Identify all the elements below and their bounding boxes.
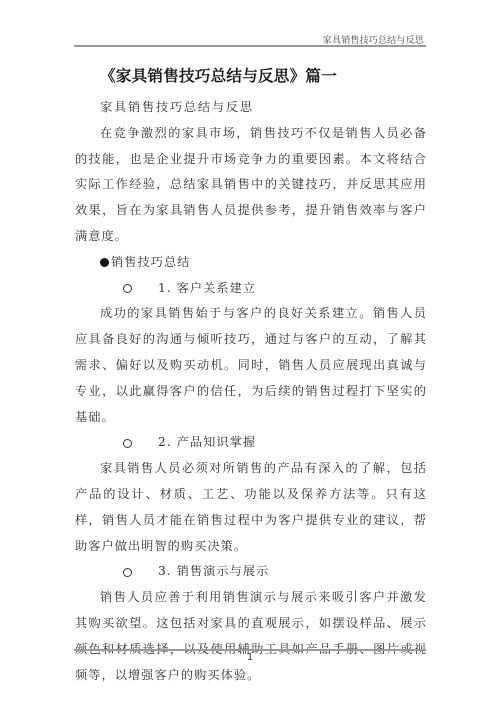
section-heading-1: 1. 客户关系建立 bbox=[75, 276, 427, 302]
document-title: 《家具销售技巧总结与反思》篇一 bbox=[100, 64, 337, 86]
section-paragraph-3: 销售人员应善于利用销售演示与展示来吸引客户并激发其购买欲望。这包括对家具的直观展… bbox=[75, 585, 427, 688]
header-divider bbox=[74, 45, 426, 47]
section-paragraph-1: 成功的家具销售始于与客户的良好关系建立。销售人员应具备良好的沟通与倾听技巧，通过… bbox=[75, 301, 427, 430]
bullet-heading-label: 销售技巧总结 bbox=[111, 255, 190, 269]
document-body: 家具销售技巧总结与反思 在竞争激烈的家具市场，销售技巧不仅是销售人员必备的技能，… bbox=[75, 95, 427, 688]
bullet-heading: 销售技巧总结 bbox=[75, 250, 427, 276]
intro-paragraph: 在竞争激烈的家具市场，销售技巧不仅是销售人员必备的技能，也是企业提升市场竞争力的… bbox=[75, 121, 427, 250]
section-heading-label: 1. 客户关系建立 bbox=[158, 276, 256, 302]
hollow-circle-icon bbox=[123, 284, 132, 293]
section-heading-label: 2. 产品知识掌握 bbox=[158, 430, 256, 456]
document-page: 家具销售技巧总结与反思 《家具销售技巧总结与反思》篇一 家具销售技巧总结与反思 … bbox=[0, 0, 500, 707]
document-subtitle: 家具销售技巧总结与反思 bbox=[75, 95, 427, 121]
footer-divider bbox=[74, 649, 426, 651]
hollow-circle-icon bbox=[123, 439, 132, 448]
section-heading-2: 2. 产品知识掌握 bbox=[75, 430, 427, 456]
section-heading-3: 3. 销售演示与展示 bbox=[75, 559, 427, 585]
hollow-circle-icon bbox=[123, 568, 132, 577]
section-heading-label: 3. 销售演示与展示 bbox=[158, 559, 269, 585]
page-number: 1 bbox=[0, 652, 500, 663]
bullet-dot-icon bbox=[100, 258, 109, 267]
section-paragraph-2: 家具销售人员必须对所销售的产品有深入的了解，包括产品的设计、材质、工艺、功能以及… bbox=[75, 456, 427, 559]
